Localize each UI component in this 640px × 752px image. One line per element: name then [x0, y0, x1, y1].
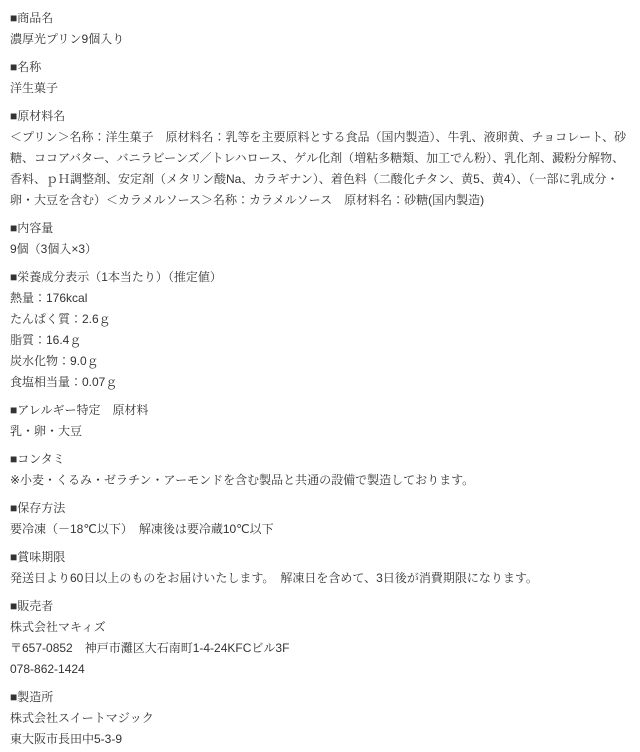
seller-phone: 078-862-1424: [10, 659, 630, 680]
contents-amount-value: 9個（3個入×3）: [10, 239, 630, 260]
manufacturer-company: 株式会社スイートマジック: [10, 708, 630, 729]
manufacturer-address: 東大阪市長田中5-3-9: [10, 729, 630, 750]
shelf-life-value: 発送日より60日以上のものをお届けいたします。 解凍日を含めて、3日後が消費期限…: [10, 568, 630, 589]
storage-value: 要冷凍（－18℃以下） 解凍後は要冷蔵10℃以下: [10, 519, 630, 540]
section-name: ■名称 洋生菓子: [10, 57, 630, 99]
section-ingredients: ■原材料名 ＜プリン＞名称：洋生菓子 原材料名：乳等を主要原料とする食品（国内製…: [10, 106, 630, 211]
section-heading: ■名称: [10, 57, 630, 78]
section-shelf-life: ■賞味期限 発送日より60日以上のものをお届けいたします。 解凍日を含めて、3日…: [10, 547, 630, 589]
product-info-document: ■商品名 濃厚光プリン9個入り ■名称 洋生菓子 ■原材料名 ＜プリン＞名称：洋…: [10, 8, 630, 750]
section-seller: ■販売者 株式会社マキィズ 〒657-0852 神戸市灘区大石南町1-4-24K…: [10, 596, 630, 680]
section-heading: ■保存方法: [10, 498, 630, 519]
section-contents-amount: ■内容量 9個（3個入×3）: [10, 218, 630, 260]
section-allergens: ■アレルギー特定 原材料 乳・卵・大豆: [10, 400, 630, 442]
section-product-name: ■商品名 濃厚光プリン9個入り: [10, 8, 630, 50]
product-name-value: 濃厚光プリン9個入り: [10, 29, 630, 50]
seller-company: 株式会社マキィズ: [10, 617, 630, 638]
section-heading: ■製造所: [10, 687, 630, 708]
nutrition-fat: 脂質：16.4ｇ: [10, 330, 630, 351]
section-nutrition: ■栄養成分表示（1本当たり）（推定値） 熱量：176kcal たんぱく質：2.6…: [10, 267, 630, 393]
nutrition-salt: 食塩相当量：0.07ｇ: [10, 372, 630, 393]
nutrition-protein: たんぱく質：2.6ｇ: [10, 309, 630, 330]
nutrition-carbohydrate: 炭水化物：9.0ｇ: [10, 351, 630, 372]
section-heading: ■内容量: [10, 218, 630, 239]
section-heading: ■コンタミ: [10, 449, 630, 470]
section-heading: ■販売者: [10, 596, 630, 617]
section-heading: ■商品名: [10, 8, 630, 29]
section-contamination: ■コンタミ ※小麦・くるみ・ゼラチン・アーモンドを含む製品と共通の設備で製造して…: [10, 449, 630, 491]
section-storage: ■保存方法 要冷凍（－18℃以下） 解凍後は要冷蔵10℃以下: [10, 498, 630, 540]
section-manufacturer: ■製造所 株式会社スイートマジック 東大阪市長田中5-3-9: [10, 687, 630, 750]
contamination-note: ※小麦・くるみ・ゼラチン・アーモンドを含む製品と共通の設備で製造しております。: [10, 470, 630, 491]
name-value: 洋生菓子: [10, 78, 630, 99]
section-heading: ■アレルギー特定 原材料: [10, 400, 630, 421]
section-heading: ■原材料名: [10, 106, 630, 127]
section-heading: ■賞味期限: [10, 547, 630, 568]
ingredients-text: ＜プリン＞名称：洋生菓子 原材料名：乳等を主要原料とする食品（国内製造）、牛乳、…: [10, 127, 630, 211]
seller-address: 〒657-0852 神戸市灘区大石南町1-4-24KFCビル3F: [10, 638, 630, 659]
section-heading: ■栄養成分表示（1本当たり）（推定値）: [10, 267, 630, 288]
allergens-value: 乳・卵・大豆: [10, 421, 630, 442]
nutrition-energy: 熱量：176kcal: [10, 288, 630, 309]
